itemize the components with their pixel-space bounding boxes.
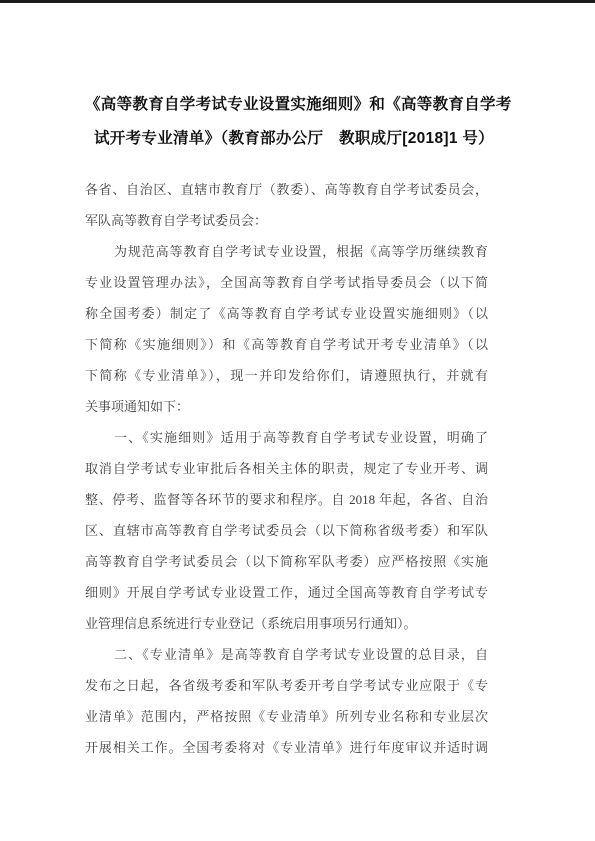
text-line: 发布之日起，各省级考委和军队考委开考自学考试专业应限于《专	[85, 670, 488, 701]
document-title: 《高等教育自学考试专业设置实施细则》和《高等教育自学考 试开考专业清单》（教育部…	[85, 88, 503, 156]
page-top-edge-line	[0, 0, 595, 3]
text-line: 为规范高等教育自学考试专业设置，根据《高等学历继续教育	[85, 236, 488, 267]
text-line: 取消自学考试专业审批后各相关主体的职责，规定了专业开考、调	[85, 453, 488, 484]
text-line: 开展相关工作。全国考委将对《专业清单》进行年度审议并适时调	[85, 732, 488, 763]
text-line: 二、《专业清单》是高等教育自学考试专业设置的总目录，自	[85, 639, 488, 670]
document-page: 《高等教育自学考试专业设置实施细则》和《高等教育自学考 试开考专业清单》（教育部…	[0, 0, 595, 841]
title-line-1: 《高等教育自学考试专业设置实施细则》和《高等教育自学考	[85, 88, 503, 122]
text-line: 下简称《实施细则》）和《高等教育自学考试开考专业清单》（以	[85, 329, 488, 360]
title-line-2: 试开考专业清单》（教育部办公厅 教职成厅[2018]1 号）	[85, 122, 503, 156]
text-line: 业清单》范围内，严格按照《专业清单》所列专业名称和专业层次	[85, 701, 488, 732]
document-body: 各省、自治区、直辖市教育厅（教委）、高等教育自学考试委员会，军队高等教育自学考试…	[85, 174, 488, 763]
text-line: 称全国考委）制定了《高等教育自学考试专业设置实施细则》（以	[85, 298, 488, 329]
text-line: 各省、自治区、直辖市教育厅（教委）、高等教育自学考试委员会，	[85, 174, 488, 205]
text-line: 细则》开展自学考试专业设置工作，通过全国高等教育自学考试专	[85, 577, 488, 608]
text-line: 下简称《专业清单》），现一并印发给你们，请遵照执行，并就有	[85, 360, 488, 391]
text-line: 关事项通知如下：	[85, 391, 488, 422]
text-line: 专业设置管理办法》，全国高等教育自学考试指导委员会（以下简	[85, 267, 488, 298]
text-line: 整、停考、监督等各环节的要求和程序。自 2018 年起，各省、自治	[85, 484, 488, 515]
text-line: 区、直辖市高等教育自学考试委员会（以下简称省级考委）和军队	[85, 515, 488, 546]
text-line: 业管理信息系统进行专业登记（系统启用事项另行通知）。	[85, 608, 488, 639]
text-line: 军队高等教育自学考试委员会：	[85, 205, 488, 236]
text-line: 高等教育自学考试委员会（以下简称军队考委）应严格按照《实施	[85, 546, 488, 577]
text-line: 一、《实施细则》适用于高等教育自学考试专业设置，明确了	[85, 422, 488, 453]
